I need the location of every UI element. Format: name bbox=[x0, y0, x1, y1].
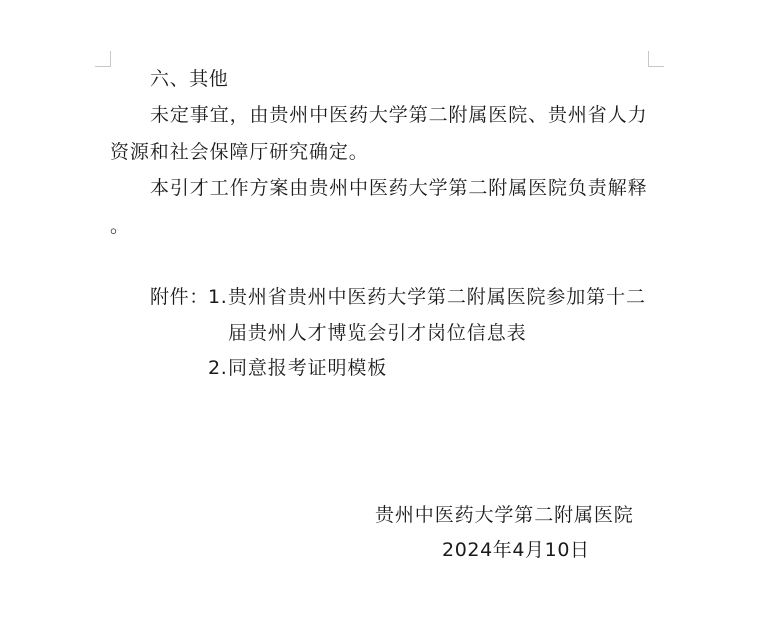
paragraph-1-line-1: 未定事宜，由贵州中医药大学第二附属医院、贵州省人力 bbox=[150, 103, 648, 127]
signature-date: 2024年4月10日 bbox=[442, 538, 590, 562]
top-right-margin-mark bbox=[648, 51, 664, 67]
top-left-margin-mark bbox=[95, 51, 111, 67]
attachment-2-line-1: 同意报考证明模板 bbox=[228, 356, 387, 380]
paragraph-1-line-2: 资源和社会保障厅研究确定。 bbox=[110, 140, 369, 164]
document-page: 六、其他 未定事宜，由贵州中医药大学第二附属医院、贵州省人力 资源和社会保障厅研… bbox=[0, 0, 762, 634]
attachment-1-number: 1. bbox=[208, 285, 227, 309]
attachment-1-line-2: 届贵州人才博览会引才岗位信息表 bbox=[228, 321, 527, 345]
attachments-label: 附件： bbox=[150, 285, 209, 309]
signature-organization: 贵州中医药大学第二附属医院 bbox=[375, 503, 634, 527]
attachment-2-number: 2. bbox=[208, 356, 227, 380]
paragraph-2-line-1: 本引才工作方案由贵州中医药大学第二附属医院负责解释 bbox=[150, 176, 648, 200]
section-heading: 六、其他 bbox=[150, 67, 228, 91]
paragraph-2-line-2: 。 bbox=[110, 214, 130, 238]
attachment-1-line-1: 贵州省贵州中医药大学第二附属医院参加第十二 bbox=[228, 285, 646, 309]
